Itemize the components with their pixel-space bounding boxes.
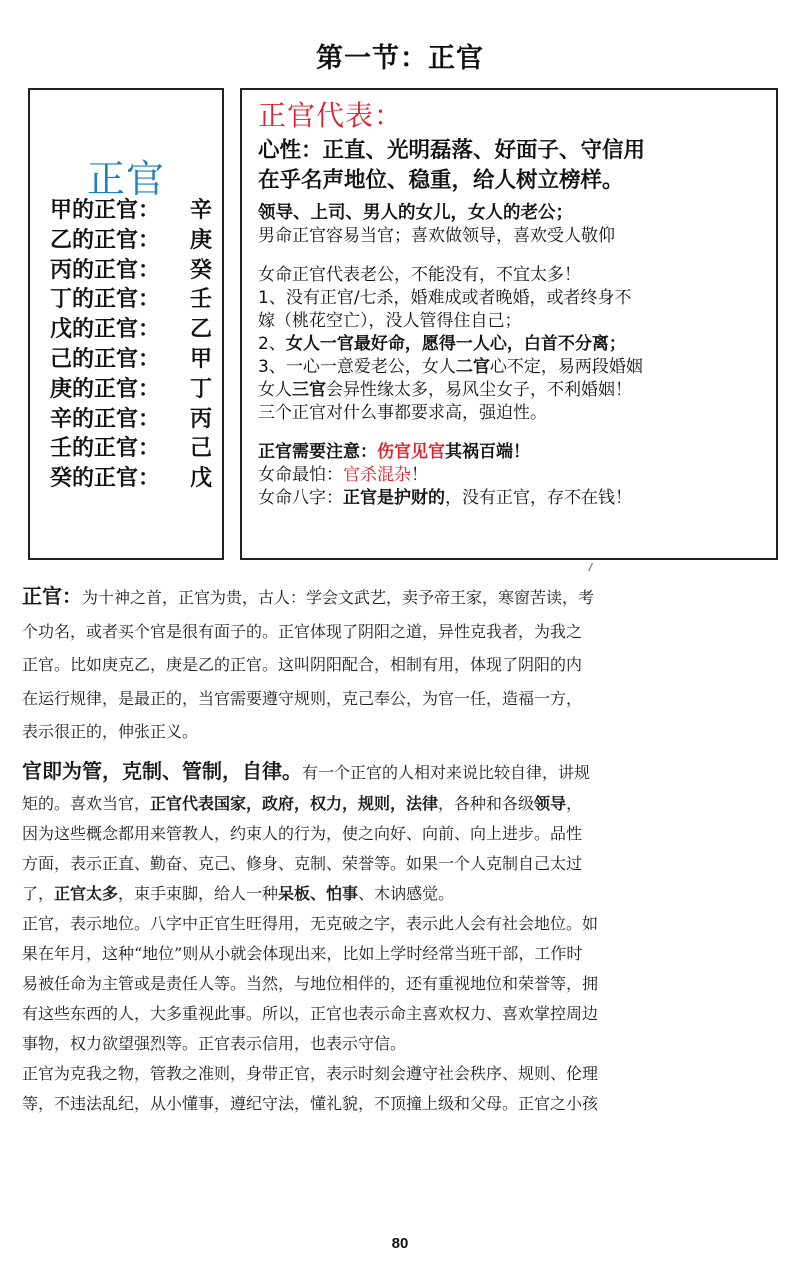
emphasis: 领导 <box>534 794 566 813</box>
stem-value: 己 <box>190 434 220 464</box>
stem-row: 庚的正官：丁 <box>50 375 220 405</box>
text: 女人 <box>258 380 292 400</box>
text: 、木讷感觉。 <box>358 884 454 903</box>
note-emphasis: 正官是护财的 <box>343 488 445 508</box>
paragraph-line: 事物，权力欲望强烈等。正官表示信用，也表示守信。 <box>22 1029 774 1059</box>
stem-value: 乙 <box>190 315 220 345</box>
stem-value: 壬 <box>190 285 220 315</box>
stem-table-title: 正官 <box>30 148 222 203</box>
text: ，各种和各级 <box>438 794 534 813</box>
stem-label: 戊的正官： <box>50 315 160 345</box>
stem-row: 壬的正官：己 <box>50 434 220 464</box>
paragraph-4: 正官为克我之物，管教之准则，身带正官，表示时刻会遵守社会秩序、规则、伦理 等，不… <box>22 1059 774 1119</box>
paragraph-3: 正官，表示地位。八字中正官生旺得用，无克破之字，表示此人会有社会地位。如 果在年… <box>22 909 774 1059</box>
stem-value: 甲 <box>190 345 220 375</box>
stem-value: 丁 <box>190 375 220 405</box>
paragraph-line: 方面，表示正直、勤奋、克己、修身、克制、荣誉等。如果一个人克制自己太过 <box>22 849 774 879</box>
stem-label: 乙的正官： <box>50 226 160 256</box>
point-2-emphasis: 女人一官最好命，愿得一人心，白首不分离； <box>286 334 626 354</box>
paragraph-line: 正官：为十神之首，正官为贵，古人：学会文武艺，卖予帝王家，寒窗苦读，考 <box>22 580 774 615</box>
note-text: ！ <box>411 465 428 485</box>
representation-title: 正官代表： <box>258 98 768 134</box>
stem-list: 甲的正官：辛 乙的正官：庚 丙的正官：癸 丁的正官：壬 戊的正官：乙 己的正官：… <box>50 196 220 494</box>
text: 会异性缘太多，易风尘女子，不利婚姻！ <box>326 380 632 400</box>
paragraph-line: 果在年月，这种“地位”则从小就会体现出来，比如上学时经常当班干部，工作时 <box>22 939 774 969</box>
stem-table-box: 正官 甲的正官：辛 乙的正官：庚 丙的正官：癸 丁的正官：壬 戊的正官：乙 己的… <box>28 88 224 560</box>
roles-line: 领导、上司、男人的女儿，女人的老公； <box>258 202 768 225</box>
note-label: 正官需要注意： <box>258 442 377 462</box>
stem-row: 戊的正官：乙 <box>50 315 220 345</box>
page-title: 第一节：正官 <box>0 36 800 75</box>
stem-value: 癸 <box>190 256 220 286</box>
paragraph-line: 有这些东西的人，大多重视此事。所以，正官也表示命主喜欢权力、喜欢掌控周边 <box>22 999 774 1029</box>
note-line: 女命最怕：官杀混杂！ <box>258 464 768 487</box>
paragraph-line: 表示很正的，伸张正义。 <box>22 715 774 749</box>
stem-label: 丙的正官： <box>50 256 160 286</box>
emphasis: 二官 <box>456 357 490 377</box>
stem-row: 癸的正官：戊 <box>50 464 220 494</box>
stem-label: 辛的正官： <box>50 405 160 435</box>
stem-label: 癸的正官： <box>50 464 160 494</box>
paragraph-line: 了，正官太多，束手束脚，给人一种呆板、怕事、木讷感觉。 <box>22 879 774 909</box>
point-3-line: 三个正官对什么事都要求高，强迫性。 <box>258 402 768 425</box>
paragraph-line: 个功名，或者买个官是很有面子的。正官体现了阴阳之道，异性克我者，为我之 <box>22 615 774 649</box>
note-label: 女命最怕： <box>258 465 343 485</box>
temperament-line: 心性：正直、光明磊落、好面子、守信用 <box>258 136 768 166</box>
point-2-prefix: 2、 <box>258 334 286 354</box>
emphasis: 呆板、怕事 <box>278 884 358 903</box>
text: 有一个正官的人相对来说比较自律，讲规 <box>302 763 590 782</box>
stem-row: 辛的正官：丙 <box>50 405 220 435</box>
note-line: 女命八字：正官是护财的，没有正官，存不在钱！ <box>258 487 768 510</box>
text: 心不定，易两段婚姻 <box>490 357 643 377</box>
paragraph-1: 正官：为十神之首，正官为贵，古人：学会文武艺，卖予帝王家，寒窗苦读，考 个功名，… <box>22 580 774 749</box>
female-intro: 女命正官代表老公，不能没有，不宜太多！ <box>258 264 768 287</box>
stem-row: 乙的正官：庚 <box>50 226 220 256</box>
stem-row: 丁的正官：壬 <box>50 285 220 315</box>
paragraph-line: 易被任命为主管或是责任人等。当然，与地位相伴的，还有重视地位和荣誉等，拥 <box>22 969 774 999</box>
paragraph-lead: 正官： <box>22 584 82 608</box>
text: 了， <box>22 884 54 903</box>
stem-row: 己的正官：甲 <box>50 345 220 375</box>
note-text: 其祸百端！ <box>445 442 530 462</box>
note-line: 正官需要注意：伤官见官其祸百端！ <box>258 441 768 464</box>
point-1-line: 嫁（桃花空亡），没人管得住自己； <box>258 310 768 333</box>
paragraph-line: 正官，表示地位。八字中正官生旺得用，无克破之字，表示此人会有社会地位。如 <box>22 909 774 939</box>
text: 矩的。喜欢当官， <box>22 794 150 813</box>
body-text: 正官：为十神之首，正官为贵，古人：学会文武艺，卖予帝王家，寒窗苦读，考 个功名，… <box>22 580 774 1119</box>
male-line: 男命正官容易当官；喜欢做领导，喜欢受人敬仰 <box>258 225 768 248</box>
emphasis: 正官代表国家，政府，权力，规则，法律 <box>150 794 438 813</box>
page-number: 80 <box>0 1235 800 1252</box>
paragraph-line: 矩的。喜欢当官，正官代表国家，政府，权力，规则，法律，各种和各级领导， <box>22 789 774 819</box>
paragraph-2: 官即为管，克制、管制，自律。有一个正官的人相对来说比较自律，讲规 矩的。喜欢当官… <box>22 755 774 910</box>
paragraph-line: 因为这些概念都用来管教人，约束人的行为，使之向好、向前、向上进步。品性 <box>22 819 774 849</box>
paragraph-line: 正官。比如庚克乙，庚是乙的正官。这叫阴阳配合，相制有用，体现了阴阳的内 <box>22 648 774 682</box>
stem-value: 戊 <box>190 464 220 494</box>
stray-mark <box>588 563 595 572</box>
paragraph-lead: 官即为管，克制、管制，自律。 <box>22 759 302 783</box>
stem-label: 甲的正官： <box>50 196 160 226</box>
note-highlight: 官杀混杂 <box>343 465 411 485</box>
note-label: 女命八字： <box>258 488 343 508</box>
stem-label: 己的正官： <box>50 345 160 375</box>
point-2-line: 2、女人一官最好命，愿得一人心，白首不分离； <box>258 333 768 356</box>
temperament-line: 在乎名声地位、稳重，给人树立榜样。 <box>258 166 768 196</box>
paragraph-line: 等，不违法乱纪，从小懂事，遵纪守法，懂礼貌，不顶撞上级和父母。正官之小孩 <box>22 1089 774 1119</box>
representation-box: 正官代表： 心性：正直、光明磊落、好面子、守信用 在乎名声地位、稳重，给人树立榜… <box>240 88 778 560</box>
stem-label: 庚的正官： <box>50 375 160 405</box>
paragraph-line: 官即为管，克制、管制，自律。有一个正官的人相对来说比较自律，讲规 <box>22 755 774 790</box>
text: 为十神之首，正官为贵，古人：学会文武艺，卖予帝王家，寒窗苦读，考 <box>82 588 594 607</box>
point-1-line: 1、没有正官/七杀，婚难成或者晚婚，或者终身不 <box>258 287 768 310</box>
note-highlight: 伤官见官 <box>377 442 445 462</box>
stem-value: 丙 <box>190 405 220 435</box>
stem-row: 丙的正官：癸 <box>50 256 220 286</box>
text: 3、一心一意爱老公，女人 <box>258 357 456 377</box>
stem-row: 甲的正官：辛 <box>50 196 220 226</box>
text: ，束手束脚，给人一种 <box>118 884 278 903</box>
paragraph-line: 在运行规律，是最正的，当官需要遵守规则，克己奉公，为官一任，造福一方， <box>22 682 774 716</box>
stem-value: 辛 <box>190 196 220 226</box>
point-3-line: 女人三官会异性缘太多，易风尘女子，不利婚姻！ <box>258 379 768 402</box>
stem-value: 庚 <box>190 226 220 256</box>
note-text: ，没有正官，存不在钱！ <box>445 488 632 508</box>
stem-label: 壬的正官： <box>50 434 160 464</box>
emphasis: 正官太多 <box>54 884 118 903</box>
stem-label: 丁的正官： <box>50 285 160 315</box>
paragraph-line: 正官为克我之物，管教之准则，身带正官，表示时刻会遵守社会秩序、规则、伦理 <box>22 1059 774 1089</box>
point-3-line: 3、一心一意爱老公，女人二官心不定，易两段婚姻 <box>258 356 768 379</box>
emphasis: 三官 <box>292 380 326 400</box>
text: ， <box>566 794 582 813</box>
